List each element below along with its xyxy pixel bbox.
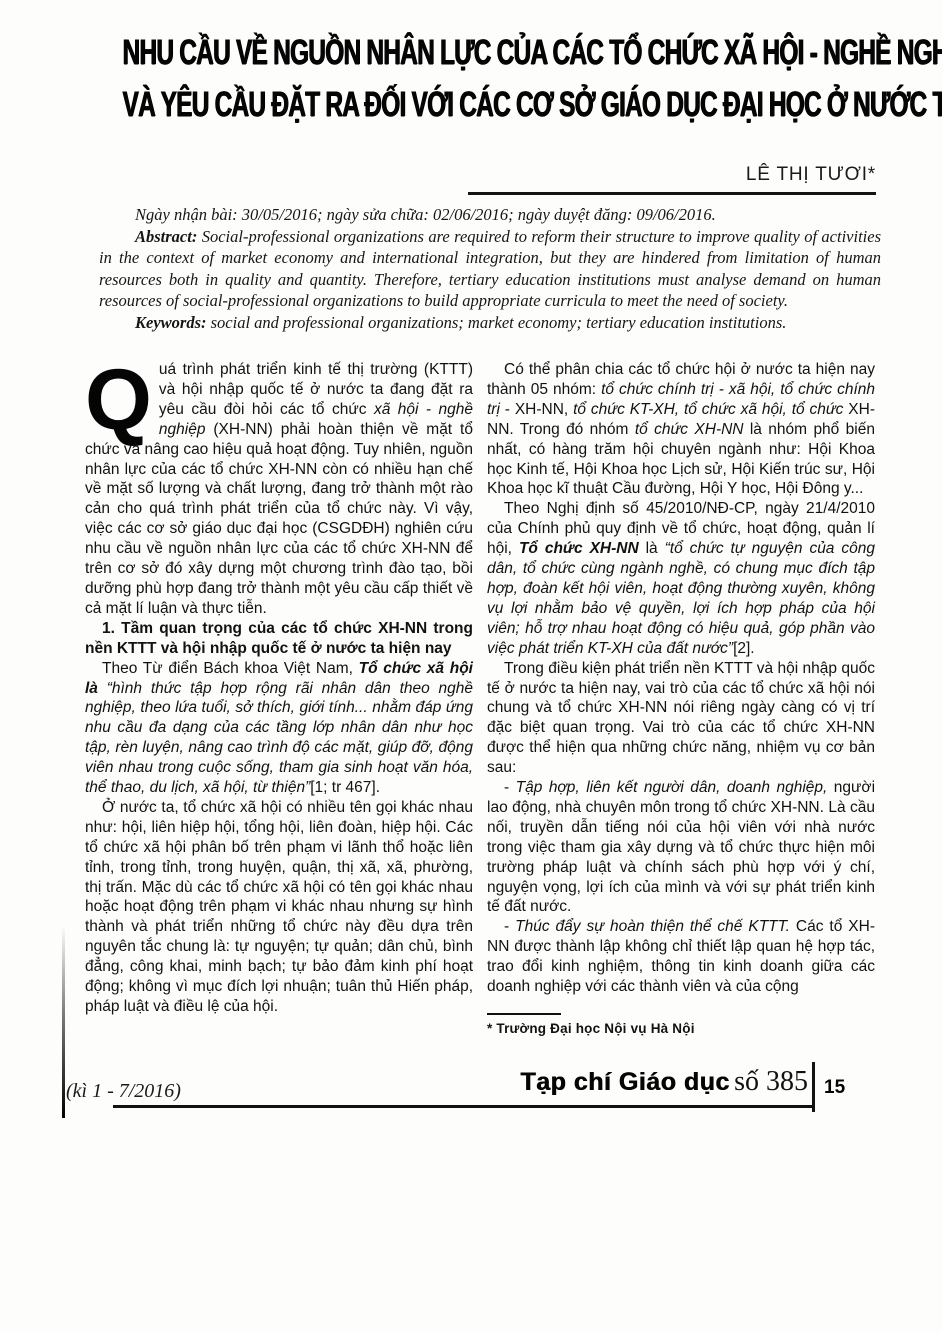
footnote-rule xyxy=(487,1013,561,1015)
abstract: Abstract: Social-professional organizati… xyxy=(99,226,881,312)
left-column: Quá trình phát triển kinh tế thị trường … xyxy=(85,360,473,1039)
paragraph: - Tập hợp, liên kết người dân, doanh ngh… xyxy=(487,778,875,917)
keywords-label: Keywords: xyxy=(135,313,207,332)
drop-cap: Q xyxy=(85,360,159,432)
submission-dates: Ngày nhận bài: 30/05/2016; ngày sửa chữa… xyxy=(99,204,881,226)
keywords: Keywords: social and professional organi… xyxy=(99,312,881,334)
article-meta: Ngày nhận bài: 30/05/2016; ngày sửa chữa… xyxy=(99,204,881,334)
paragraph: - Thúc đẩy sự hoàn thiện thể chế KTTT. C… xyxy=(487,917,875,997)
paragraph: Ở nước ta, tổ chức xã hội có nhiều tên g… xyxy=(85,798,473,1017)
article-title-line-2: VÀ YÊU CẦU ĐẶT RA ĐỐI VỚI CÁC CƠ SỞ GIÁO… xyxy=(122,76,819,132)
keywords-text: social and professional organizations; m… xyxy=(207,313,787,332)
issue-cycle: (kì 1 - 7/2016) xyxy=(66,1080,181,1103)
paragraph: Có thể phân chia các tổ chức hội ở nước … xyxy=(487,360,875,499)
right-column: Có thể phân chia các tổ chức hội ở nước … xyxy=(487,360,875,1039)
footnote-text: * Trường Đại học Nội vụ Hà Nội xyxy=(487,1019,875,1039)
footer-rule xyxy=(113,1105,813,1108)
article-title-line-1: NHU CẦU VỀ NGUỒN NHÂN LỰC CỦA CÁC TỔ CHỨ… xyxy=(122,24,819,80)
journal-issue: số 385 xyxy=(734,1066,808,1097)
journal-name: Tạp chí Giáo dục xyxy=(520,1068,729,1096)
article-title: NHU CẦU VỀ NGUỒN NHÂN LỰC CỦA CÁC TỔ CHỨ… xyxy=(0,26,942,130)
author-name: LÊ THỊ TƯƠI* xyxy=(746,164,876,185)
abstract-label: Abstract: xyxy=(135,227,197,246)
paragraph: Trong điều kiện phát triển nền KTTT và h… xyxy=(487,659,875,778)
page-number: 15 xyxy=(824,1077,845,1099)
journal-page: NHU CẦU VỀ NGUỒN NHÂN LỰC CỦA CÁC TỔ CHỨ… xyxy=(0,0,942,1333)
section-heading: 1. Tầm quan trọng của các tổ chức XH-NN … xyxy=(85,619,473,659)
footnote: * Trường Đại học Nội vụ Hà Nội xyxy=(487,1013,875,1039)
author-row: LÊ THỊ TƯƠI* xyxy=(468,164,876,195)
article-body: Quá trình phát triển kinh tế thị trường … xyxy=(85,360,875,1039)
abstract-text: Social-professional organizations are re… xyxy=(99,227,881,311)
journal-name-block: Tạp chí Giáo dục số 385 xyxy=(520,1066,808,1098)
paragraph: Theo Nghị định số 45/2010/NĐ-CP, ngày 21… xyxy=(487,499,875,658)
scan-artifact-line xyxy=(62,926,65,1118)
paragraph: Theo Từ điển Bách khoa Việt Nam, Tổ chức… xyxy=(85,659,473,798)
paragraph: Quá trình phát triển kinh tế thị trường … xyxy=(85,360,473,619)
footer-divider xyxy=(812,1062,815,1112)
